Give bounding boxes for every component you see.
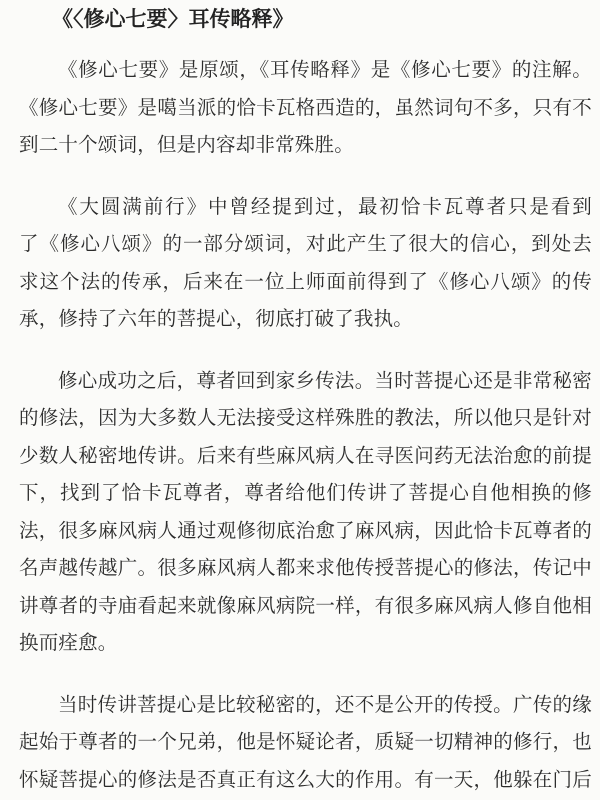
- paragraph-4: 当时传讲菩提心是比较秘密的，还不是公开的传授。广传的缘 起始于尊者的一个兄弟，他…: [19, 687, 592, 800]
- text-line: 法，很多麻风病人通过观修彻底治愈了麻风病，因此恰卡瓦尊者的: [19, 513, 592, 551]
- text-line: 求这个法的传承，后来在一位上师面前得到了《修心八颂》的传: [19, 264, 592, 302]
- paragraph-3: 修心成功之后，尊者回到家乡传法。当时菩提心还是非常秘密 的修法，因为大多数人无法…: [19, 363, 592, 663]
- text-line: 《修心七要》是原颂，《耳传略释》是《修心七要》的注解。: [19, 52, 592, 90]
- text-line: 了《修心八颂》的一部分颂词，对此产生了很大的信心，到处去: [19, 226, 592, 264]
- text-line: 少数人秘密地传讲。后来有些麻风病人在寻医问药无法治愈的前提: [19, 438, 592, 476]
- text-line: 起始于尊者的一个兄弟，他是怀疑论者，质疑一切精神的修行，也: [19, 724, 592, 762]
- text-line: 的修法，因为大多数人无法接受这样殊胜的教法，所以他只是针对: [19, 400, 592, 438]
- text-line: 下，找到了恰卡瓦尊者，尊者给他们传讲了菩提心自他相换的修: [19, 475, 592, 513]
- document-title: 《〈修心七要〉耳传略释》: [19, 9, 592, 31]
- document-page: 《〈修心七要〉耳传略释》 《修心七要》是原颂，《耳传略释》是《修心七要》的注解。…: [0, 0, 600, 800]
- paragraph-1: 《修心七要》是原颂，《耳传略释》是《修心七要》的注解。 《修心七要》是噶当派的恰…: [19, 52, 592, 165]
- text-line: 名声越传越广。很多麻风病人都来求他传授菩提心的修法，传记中: [19, 550, 592, 588]
- text-line: 换而痊愈。: [19, 625, 592, 663]
- text-line: 《大圆满前行》中曾经提到过，最初恰卡瓦尊者只是看到: [19, 189, 592, 227]
- text-line: 承，修持了六年的菩提心，彻底打破了我执。: [19, 301, 592, 339]
- text-line: 怀疑菩提心的修法是否真正有这么大的作用。有一天，他躲在门后: [19, 762, 592, 800]
- text-line: 修心成功之后，尊者回到家乡传法。当时菩提心还是非常秘密: [19, 363, 592, 401]
- text-line: 当时传讲菩提心是比较秘密的，还不是公开的传授。广传的缘: [19, 687, 592, 725]
- text-line: 讲尊者的寺庙看起来就像麻风病院一样，有很多麻风病人修自他相: [19, 588, 592, 626]
- text-line: 到二十个颂词，但是内容却非常殊胜。: [19, 127, 592, 165]
- text-line: 《修心七要》是噶当派的恰卡瓦格西造的，虽然词句不多，只有不: [19, 90, 592, 128]
- paragraph-2: 《大圆满前行》中曾经提到过，最初恰卡瓦尊者只是看到 了《修心八颂》的一部分颂词，…: [19, 189, 592, 339]
